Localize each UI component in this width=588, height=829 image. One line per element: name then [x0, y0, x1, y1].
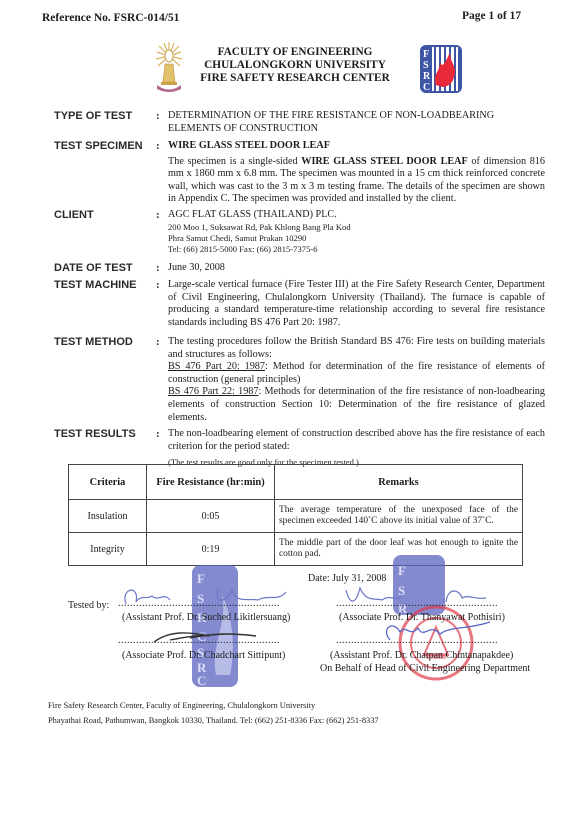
label-test-machine: TEST MACHINE — [54, 279, 137, 291]
signature-line: ........................................… — [336, 635, 510, 646]
colon: : — [156, 262, 160, 274]
colon: : — [156, 140, 160, 152]
org-line-1: FACULTY OF ENGINEERING — [180, 46, 410, 59]
value-test-machine: Large-scale vertical furnace (Fire Teste… — [168, 279, 545, 329]
signature-line: ........................................… — [336, 598, 510, 609]
cell-resistance: 0:05 — [147, 500, 275, 533]
method-standard-2: BS 476 Part 22: 1987: Methods for determ… — [168, 386, 545, 424]
method-intro: The testing procedures follow the Britis… — [168, 336, 545, 361]
signature-name-1: (Assistant Prof. Dr. Suched Likitlersuan… — [122, 612, 290, 623]
signature-line: ........................................… — [118, 635, 292, 646]
label-date-of-test: DATE OF TEST — [54, 262, 133, 274]
org-line-3: FIRE SAFETY RESEARCH CENTER — [180, 72, 410, 85]
header-criteria: Criteria — [69, 465, 147, 500]
label-type-of-test: TYPE OF TEST — [54, 110, 132, 122]
cell-criteria: Integrity — [69, 533, 147, 566]
cell-remarks: The average temperature of the unexposed… — [275, 500, 523, 533]
svg-text:F: F — [423, 49, 429, 60]
signature-name-4: (Assistant Prof. Dr. Chatpan Chintanapak… — [330, 650, 513, 661]
value-client: AGC FLAT GLASS (THAILAND) PLC. 200 Moo 1… — [168, 209, 545, 255]
tested-by-label: Tested by: — [68, 600, 109, 611]
type-line-1: DETERMINATION OF THE FIRE RESISTANCE OF … — [168, 110, 545, 123]
svg-text:F: F — [398, 563, 406, 578]
value-test-method: The testing procedures follow the Britis… — [168, 336, 545, 424]
specimen-title: WIRE GLASS STEEL DOOR LEAF — [168, 140, 545, 153]
svg-text:C: C — [423, 82, 430, 93]
svg-text:C: C — [197, 673, 206, 687]
org-line-2: CHULALONGKORN UNIVERSITY — [180, 59, 410, 72]
table-row: Insulation 0:05 The average temperature … — [69, 500, 523, 533]
client-contact: Tel: (66) 2815-5000 Fax: (66) 2815-7375-… — [168, 244, 545, 255]
colon: : — [156, 279, 160, 291]
colon: : — [156, 336, 160, 348]
reference-number: Reference No. FSRC-014/51 — [42, 12, 179, 24]
results-statement: The non-loadbearing element of construct… — [168, 428, 545, 453]
specimen-description: The specimen is a single-sided WIRE GLAS… — [168, 156, 545, 206]
client-name: AGC FLAT GLASS (THAILAND) PLC. — [168, 209, 545, 222]
svg-text:S: S — [423, 60, 429, 71]
cell-criteria: Insulation — [69, 500, 147, 533]
header-remarks: Remarks — [275, 465, 523, 500]
results-table: Criteria Fire Resistance (hr:min) Remark… — [68, 464, 523, 566]
signature-role-4: On Behalf of Head of Civil Engineering D… — [320, 663, 530, 674]
footer-line-2: Phayathai Road, Pathumwan, Bangkok 10330… — [48, 716, 379, 725]
label-client: CLIENT — [54, 209, 94, 221]
colon: : — [156, 110, 160, 122]
organization-title: FACULTY OF ENGINEERING CHULALONGKORN UNI… — [180, 46, 410, 85]
cell-resistance: 0:19 — [147, 533, 275, 566]
value-test-results: The non-loadbearing element of construct… — [168, 428, 545, 469]
signature-line: ........................................… — [118, 598, 292, 609]
method-standard-1: BS 476 Part 20: 1987: Method for determi… — [168, 361, 545, 386]
client-address-1: 200 Moo 1, Suksawat Rd, Pak Khlong Bang … — [168, 222, 545, 233]
svg-text:R: R — [423, 71, 431, 82]
label-test-method: TEST METHOD — [54, 336, 133, 348]
colon: : — [156, 209, 160, 221]
signature-name-3: (Associate Prof. Dr. Chadchart Sittipunt… — [122, 650, 285, 661]
header-fire-resistance: Fire Resistance (hr:min) — [147, 465, 275, 500]
chulalongkorn-logo-icon — [155, 42, 183, 94]
type-line-2: ELEMENTS OF CONSTRUCTION — [168, 123, 545, 136]
label-test-results: TEST RESULTS — [54, 428, 136, 440]
page-number: Page 1 of 17 — [462, 10, 521, 22]
table-header-row: Criteria Fire Resistance (hr:min) Remark… — [69, 465, 523, 500]
value-date-of-test: June 30, 2008 — [168, 262, 545, 275]
value-type-of-test: DETERMINATION OF THE FIRE RESISTANCE OF … — [168, 110, 545, 135]
fsrc-logo-icon: FSRC — [420, 45, 462, 93]
client-address-2: Phra Samut Chedi, Samut Prakan 10290 — [168, 233, 545, 244]
table-row: Integrity 0:19 The middle part of the do… — [69, 533, 523, 566]
footer-line-1: Fire Safety Research Center, Faculty of … — [48, 701, 315, 710]
label-test-specimen: TEST SPECIMEN — [54, 140, 143, 152]
value-test-specimen: WIRE GLASS STEEL DOOR LEAF The specimen … — [168, 140, 545, 206]
colon: : — [156, 428, 160, 440]
